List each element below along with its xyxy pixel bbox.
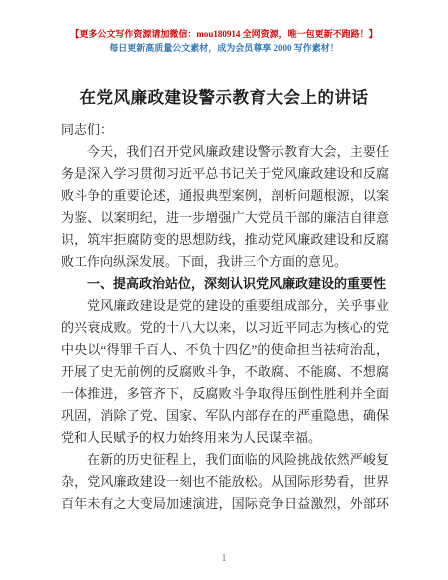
watermark-line-red: 【更多公文写作资源请加微信：mou180914 全网资源，唯一包更新不跑路！】 bbox=[0, 27, 448, 41]
body-paragraph-1: 今天，我们召开党风廉政建设警示教育大会，主要任务是深入学习贯彻习近平总书记关于党… bbox=[61, 141, 389, 273]
body-paragraph-3: 在新的历史征程上，我们面临的风险挑战依然严峻复杂，党风廉政建设一刻也不能放松。从… bbox=[61, 449, 389, 517]
watermark-line-blue: 每日更新高质量公文素材，成为会员尊享 2000 写作素材！ bbox=[0, 41, 448, 55]
watermark-header: 【更多公文写作资源请加微信：mou180914 全网资源，唯一包更新不跑路！】 … bbox=[0, 0, 448, 55]
page-footer: 1 bbox=[0, 553, 448, 564]
page-number: 1 bbox=[221, 553, 226, 564]
body-paragraph-2: 党风廉政建设是党的建设的重要组成部分，关乎事业的兴衰成败。党的十八大以来，以习近… bbox=[61, 295, 389, 449]
document-body: 同志们： 今天，我们召开党风廉政建设警示教育大会，主要任务是深入学习贯彻习近平总… bbox=[61, 119, 389, 517]
document-title: 在党风廉政建设警示教育大会上的讲话 bbox=[0, 84, 448, 108]
section-heading-1: 一、提高政治站位，深刻认识党风廉政建设的重要性 bbox=[61, 273, 389, 295]
salutation: 同志们： bbox=[61, 119, 389, 141]
document-page: 【更多公文写作资源请加微信：mou180914 全网资源，唯一包更新不跑路！】 … bbox=[0, 0, 448, 580]
